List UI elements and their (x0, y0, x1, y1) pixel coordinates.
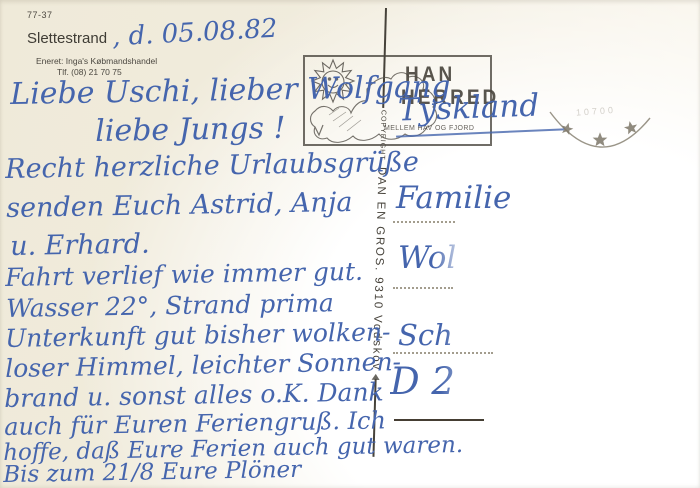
message-line: senden Euch Astrid, Anja (6, 189, 353, 222)
location-title: Slettestrand (27, 30, 107, 47)
address-guide-line (393, 287, 453, 289)
message-line: loser Himmel, leichter Sonnen- (5, 349, 401, 381)
message-line: Fahrt verlief wie immer gut. (5, 259, 363, 290)
star-icon-center (593, 132, 608, 146)
address-guide-line (393, 352, 493, 354)
address-country: Tyskland (397, 88, 539, 129)
message-line: Unterkunft gut bisher wolken- (5, 319, 391, 351)
publisher-line: Eneret: Inga's Købmandshandel (36, 56, 157, 66)
address-guide-line (393, 221, 455, 223)
postmark-digits: 10700 (576, 105, 617, 118)
message-line: Bis zum 21/8 Eure Plöner (3, 459, 301, 487)
circular-postmark: 10700 (540, 72, 660, 157)
message-line: liebe Jungs ! (95, 114, 286, 147)
address-solid-line (394, 419, 484, 421)
message-line: u. Erhard. (10, 231, 150, 260)
address-line-family: Familie (396, 180, 511, 216)
address-line-street: Sch (398, 318, 498, 352)
handwritten-date: , d. 05.08.82 (111, 14, 278, 53)
address-line-city: D 2 (390, 360, 502, 403)
postcard-back: 77-37 Slettestrand , d. 05.08.82 Eneret:… (0, 0, 700, 488)
message-line: brand u. sonst alles o.K. Dank (4, 379, 384, 411)
message-line: Wasser 22°, Strand prima (6, 290, 334, 321)
check-mark (315, 125, 323, 135)
message-line: Recht herzliche Urlaubsgrüße (5, 149, 419, 183)
card-number: 77-37 (27, 10, 53, 20)
address-line-name: Wol (398, 240, 476, 276)
message-line: Liebe Uschi, lieber Wolfgang (10, 72, 451, 110)
